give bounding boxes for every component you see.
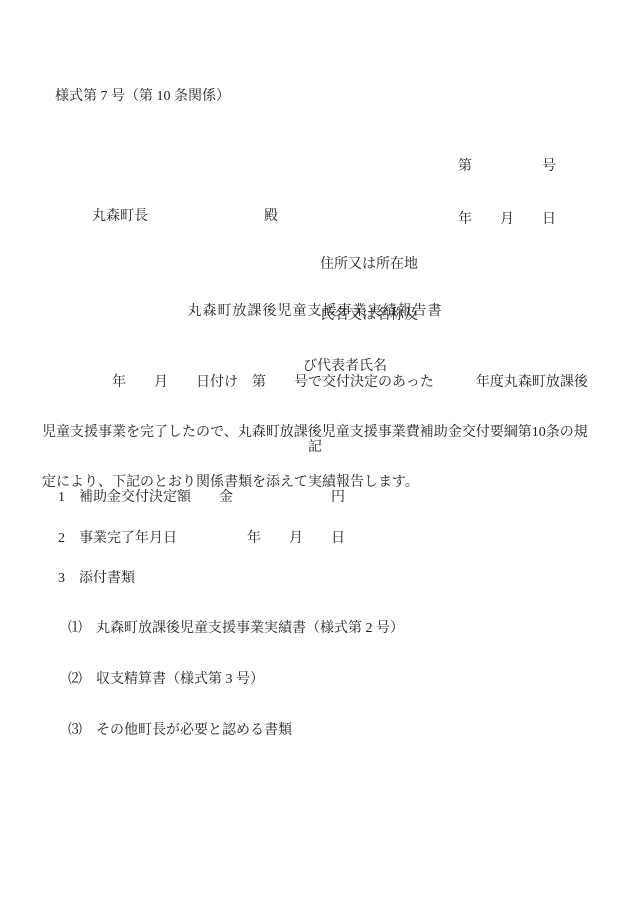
document-number-line: 第 号: [458, 160, 556, 185]
date-line: 年 月 日: [458, 213, 556, 238]
addressee: 丸森町長: [92, 209, 148, 224]
addressee-line: 丸森町長殿: [78, 196, 278, 238]
item-subsidy-decision-amount: 1 補助金交付決定額 金 円: [58, 491, 345, 505]
ki-heading: 記: [0, 441, 630, 455]
document-title: 丸森町放課後児童支援事業実績報告書: [0, 305, 630, 319]
body-line-1: 年 月 日付け 第 号で交付決定のあった 年度丸森町放課後: [42, 376, 588, 398]
reference-block: 第 号 年 月 日: [458, 132, 556, 266]
attachment-2: ⑵ 収支精算書（様式第 3 号）: [68, 673, 404, 696]
attachment-1: ⑴ 丸森町放課後児童支援事業実績書（様式第 2 号）: [68, 622, 404, 645]
document-page: 様式第 7 号（第 10 条関係） 第 号 年 月 日 丸森町長殿 住所又は所在…: [0, 0, 630, 903]
attachment-3: ⑶ その他町長が必要と認める書類: [68, 724, 404, 747]
form-number: 様式第 7 号（第 10 条関係）: [55, 90, 230, 104]
item-attached-documents: 3 添付書類: [58, 572, 135, 586]
item-completion-date: 2 事業完了年月日 年 月 日: [58, 532, 345, 546]
honorific: 殿: [264, 210, 278, 224]
attachments-list: ⑴ 丸森町放課後児童支援事業実績書（様式第 2 号） ⑵ 収支精算書（様式第 3…: [68, 594, 404, 775]
sender-address-label: 住所又は所在地: [303, 258, 418, 281]
